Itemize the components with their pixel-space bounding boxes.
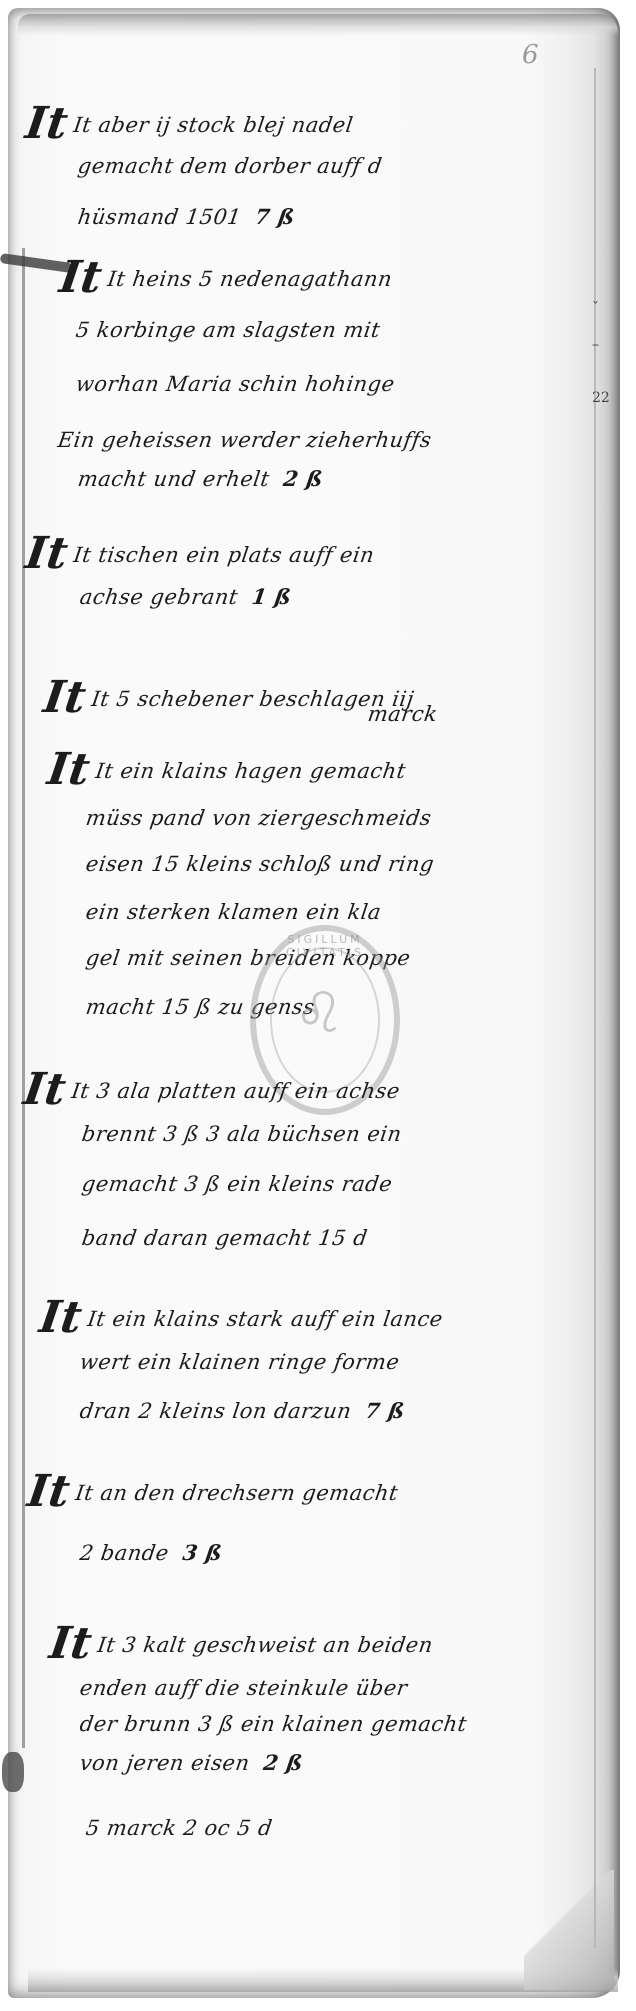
page-number: 6: [522, 40, 539, 70]
entry-amount: 7 ß: [364, 1398, 407, 1423]
entry-amount: 7 ß: [254, 204, 297, 229]
entry-5-line-1: ItIt ein klains hagen gemacht: [44, 744, 409, 795]
entry-2-line-4: Ein geheissen werder zieherhuffs: [56, 428, 433, 452]
entry-8-line-1: ItIt an den drechsern gemacht: [24, 1466, 401, 1517]
entry-8-line-2: 2 bande3 ß: [78, 1540, 224, 1565]
entry-2-line-3: worhan Maria schin hohinge: [74, 372, 396, 396]
entry-1-line-1: ItIt aber ij stock blej nadel: [22, 98, 356, 149]
entry-9-line-3: der brunn 3 ß ein klainen gemacht: [78, 1712, 468, 1736]
entry-7-line-3: dran 2 kleins lon darzun7 ß: [78, 1398, 406, 1423]
left-margin-rule: [22, 248, 25, 1748]
entry-amount: 2 ß: [282, 466, 325, 491]
entry-6-line-3: gemacht 3 ß ein kleins rade: [80, 1172, 394, 1196]
binding-knot: [2, 1752, 24, 1792]
margin-mark: ˇ: [592, 300, 599, 316]
entry-6-line-1: ItIt 3 ala platten auff ein achse: [20, 1064, 403, 1115]
page-top-edge: [18, 14, 618, 36]
entry-7-line-2: wert ein klainen ringe forme: [78, 1350, 401, 1374]
entry-9-line-1: ItIt 3 kalt geschweist an beiden: [46, 1618, 436, 1669]
page-total: 5 marck 2 oc 5 d: [84, 1816, 274, 1840]
entry-2-line-5: macht und erhelt2 ß: [76, 466, 324, 491]
entry-1-line-2: gemacht dem dorber auff d: [76, 154, 383, 178]
entry-amount: 3 ß: [181, 1540, 224, 1565]
entry-9-line-4: von jeren eisen2 ß: [78, 1750, 305, 1775]
page-corner-fold: [524, 1870, 614, 1990]
entry-9-line-2: enden auff die steinkule über: [78, 1676, 409, 1700]
lion-emblem-icon: ♌: [294, 981, 344, 1046]
margin-mark: 22: [592, 390, 610, 406]
entry-7-line-1: ItIt ein klains stark auff ein lance: [36, 1292, 446, 1343]
entry-4-line-2: marck: [366, 702, 439, 726]
entry-5-line-2: müss pand von ziergeschmeids: [84, 806, 433, 830]
entry-amount: 2 ß: [262, 1750, 305, 1775]
seal-legend: SIGILLUM CIVITATIS: [256, 933, 394, 959]
entry-6-line-4: band daran gemacht 15 d: [80, 1226, 369, 1250]
margin-mark: –: [592, 337, 599, 353]
entry-1-line-3: hüsmand 15017 ß: [76, 204, 296, 229]
entry-amount: 1 ß: [250, 584, 293, 609]
entry-5-line-4: ein sterken klamen ein kla: [84, 900, 383, 924]
entry-2-line-1: ItIt heins 5 nedenagathann: [56, 252, 396, 303]
entry-5-line-3: eisen 15 kleins schloß und ring: [84, 852, 435, 876]
entry-3-line-2: achse gebrant1 ß: [78, 584, 293, 609]
entry-3-line-1: ItIt tischen ein plats auff ein: [22, 528, 378, 579]
entry-6-line-2: brennt 3 ß 3 ala büchsen ein: [80, 1122, 403, 1146]
entry-2-line-2: 5 korbinge am slagsten mit: [74, 318, 382, 342]
entry-4-line-1: ItIt 5 schebener beschlagen iij: [40, 672, 417, 723]
